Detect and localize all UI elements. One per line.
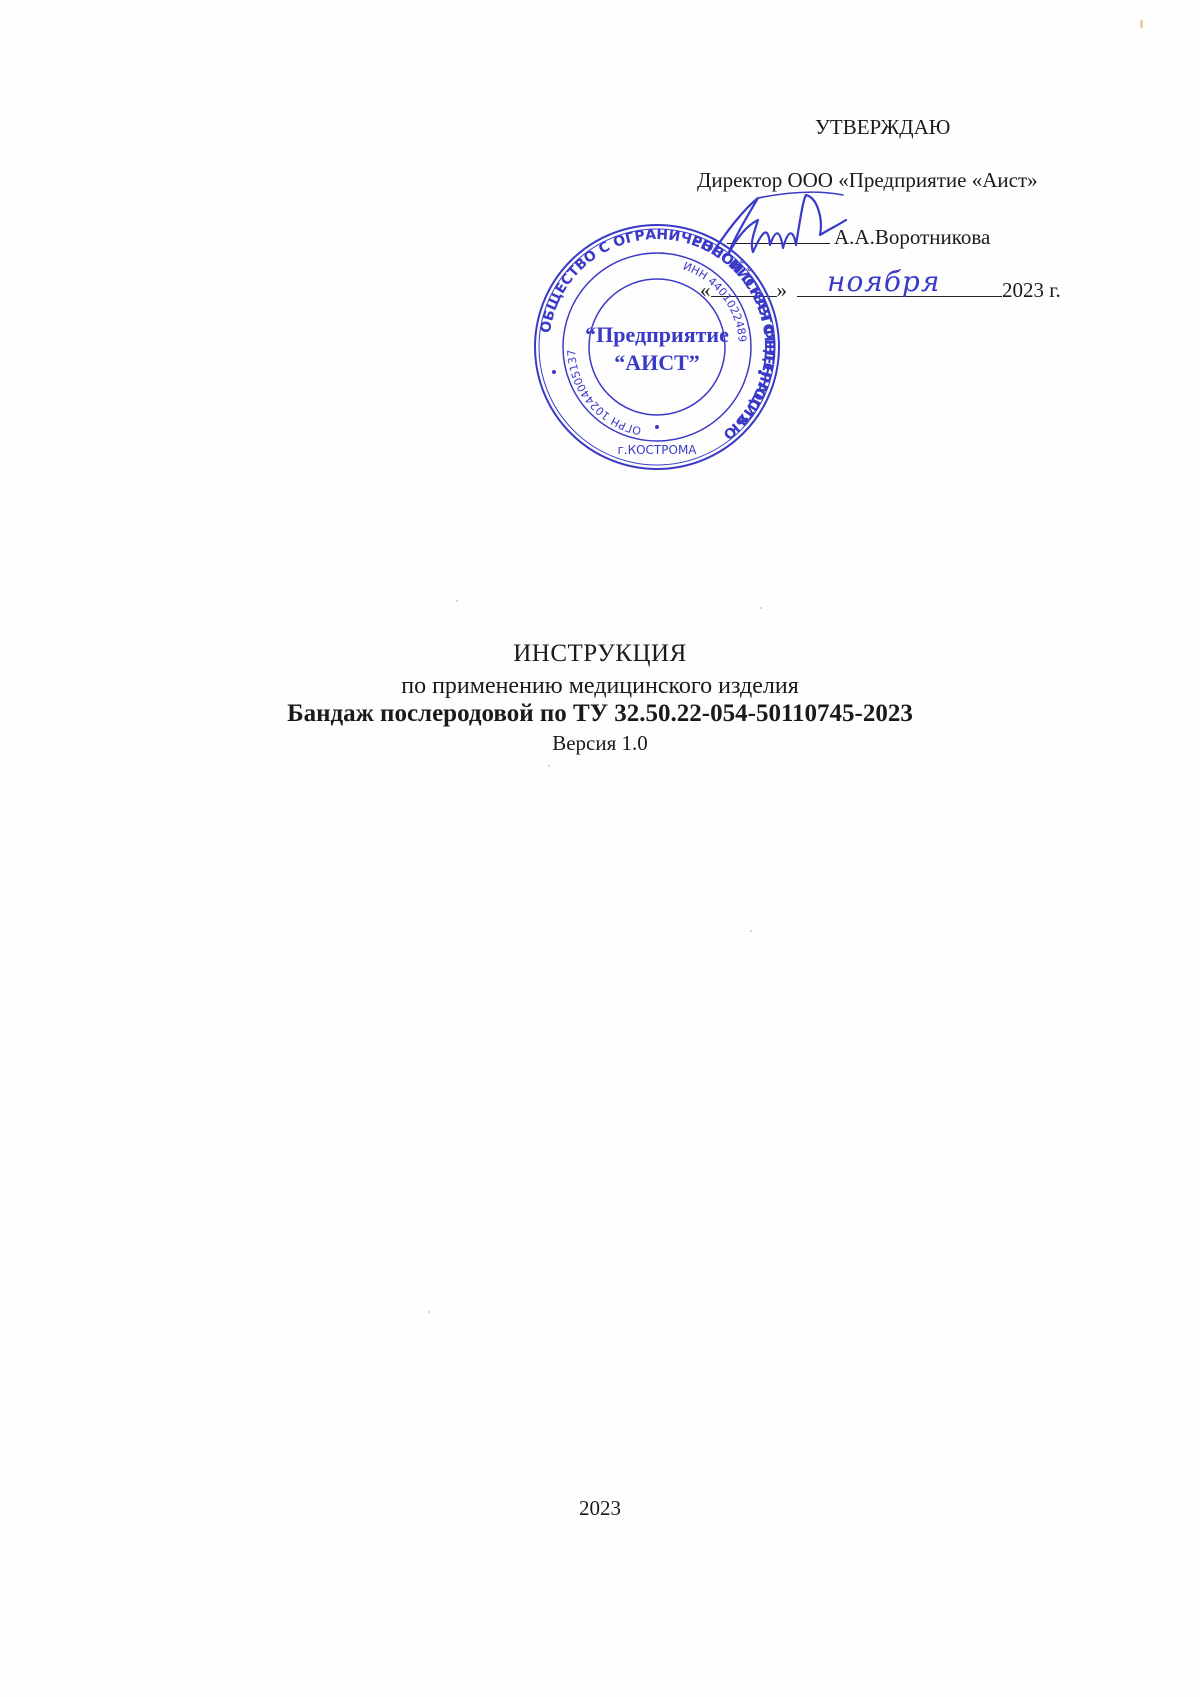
approval-year: 2023 г. bbox=[1002, 278, 1061, 302]
scan-speck bbox=[428, 1311, 430, 1313]
approval-heading: УТВЕРЖДАЮ bbox=[815, 117, 950, 138]
stamp-center-line2: “АИСТ” bbox=[614, 350, 700, 375]
document-year: 2023 bbox=[0, 1496, 1200, 1521]
document-version: Версия 1.0 bbox=[0, 731, 1200, 756]
document-page: УТВЕРЖДАЮ Директор ООО «Предприятие «Аис… bbox=[0, 0, 1200, 1697]
month-underline: ноября bbox=[797, 296, 1002, 297]
signature-icon bbox=[708, 190, 848, 270]
document-subtitle: по применению медицинского изделия bbox=[0, 673, 1200, 700]
stamp-city: г.КОСТРОМА bbox=[617, 443, 697, 457]
scan-speck bbox=[750, 930, 752, 932]
approver-position: Директор ООО «Предприятие «Аист» bbox=[697, 170, 1038, 191]
document-title: ИНСТРУКЦИЯ bbox=[0, 640, 1200, 668]
stamp-center-line1: “Предприятие bbox=[585, 322, 729, 347]
product-name: Бандаж послеродовой по ТУ 32.50.22-054-5… bbox=[0, 700, 1200, 728]
scan-speck bbox=[548, 765, 550, 767]
scan-speck bbox=[456, 600, 458, 602]
handwritten-month: ноября bbox=[827, 268, 940, 296]
approver-name: А.А.Воротникова bbox=[834, 225, 990, 249]
scan-speck bbox=[760, 607, 762, 609]
scan-artifact bbox=[1140, 20, 1143, 28]
